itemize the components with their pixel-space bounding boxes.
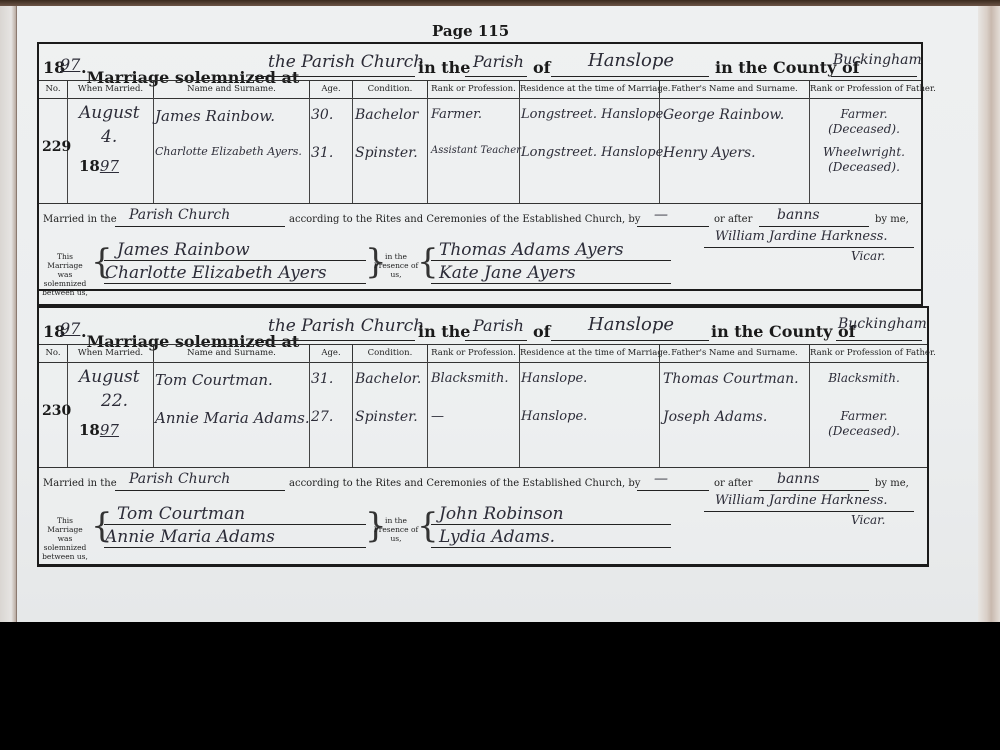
or-after-field: banns bbox=[777, 207, 820, 223]
married-in-field: Parish Church bbox=[129, 207, 230, 223]
signature-witness-1: John Robinson bbox=[439, 504, 564, 524]
married-in-field: Parish Church bbox=[129, 471, 230, 487]
column-header: Father's Name and Surname. bbox=[659, 345, 809, 362]
cell-name: James Rainbow. bbox=[155, 107, 275, 125]
entry-number: 230 bbox=[42, 403, 71, 419]
by-field: — bbox=[654, 207, 668, 223]
page-number: Page 115 bbox=[432, 22, 509, 40]
in-the-label: in the bbox=[418, 322, 470, 341]
cell-father-rank: Blacksmith. bbox=[819, 371, 909, 386]
cell-residence: Longstreet. Hanslope. bbox=[521, 145, 667, 160]
marriage-entry: 18 97 . Marriage solemnized at the Paris… bbox=[37, 306, 929, 567]
or-after-label: or after bbox=[714, 478, 752, 489]
column-header: Rank or Profession. bbox=[427, 345, 519, 362]
column-header: Condition. bbox=[352, 81, 427, 98]
presence-label: in the Presence of us, bbox=[373, 252, 419, 279]
place-field: the Parish Church bbox=[268, 52, 424, 72]
officiant-signature: William Jardine Harkness. bbox=[715, 493, 888, 508]
column-header: Condition. bbox=[352, 345, 427, 362]
officiant-title: Vicar. bbox=[851, 513, 885, 527]
by-me-label: by me, bbox=[875, 478, 909, 489]
place-field: the Parish Church bbox=[268, 316, 424, 336]
married-in-label: Married in the bbox=[43, 478, 117, 489]
parish-type-field: Parish bbox=[473, 316, 524, 335]
cell-age: 27. bbox=[311, 409, 333, 425]
entry-heading: 18 97 . Marriage solemnized at the Paris… bbox=[43, 312, 923, 346]
cell-age: 31. bbox=[311, 145, 333, 161]
of-label: of bbox=[533, 58, 551, 77]
column-header: Name and Surname. bbox=[153, 345, 309, 362]
or-after-field: banns bbox=[777, 471, 820, 487]
cell-father-name: George Rainbow. bbox=[663, 107, 784, 123]
married-in-label: Married in the bbox=[43, 214, 117, 225]
when-married-year: 97 bbox=[100, 421, 119, 439]
presence-label: in the Presence of us, bbox=[373, 516, 419, 543]
entry-number: 229 bbox=[42, 139, 71, 155]
column-header: No. bbox=[39, 345, 67, 362]
signature-bride: Annie Maria Adams bbox=[105, 527, 275, 547]
solemnized-at-label: . Marriage solemnized at bbox=[81, 58, 87, 77]
column-header: Age. bbox=[309, 81, 352, 98]
signature-groom: James Rainbow bbox=[117, 240, 250, 260]
cell-father-rank: Farmer. (Deceased). bbox=[819, 107, 909, 137]
rites-label: according to the Rites and Ceremonies of… bbox=[289, 478, 640, 489]
column-header: Residence at the time of Marriage. bbox=[519, 345, 659, 362]
entry-body: 230August22.1897Tom Courtman.31.Bachelor… bbox=[39, 361, 927, 468]
when-married-month: August bbox=[79, 367, 140, 387]
right-page-edge bbox=[978, 6, 1000, 622]
signature-witness-2: Lydia Adams. bbox=[439, 527, 555, 547]
column-header: Rank or Profession of Father. bbox=[809, 81, 917, 98]
county-field: Buckingham bbox=[833, 52, 922, 68]
cell-condition: Spinster. bbox=[355, 409, 418, 425]
cell-residence: Hanslope. bbox=[521, 409, 587, 424]
signature-groom: Tom Courtman bbox=[117, 504, 245, 524]
officiant-title: Vicar. bbox=[851, 249, 885, 263]
column-header: No. bbox=[39, 81, 67, 98]
year-suffix: 97 bbox=[60, 55, 80, 74]
column-header: Father's Name and Surname. bbox=[659, 81, 809, 98]
cell-residence: Longstreet. Hanslope. bbox=[521, 107, 667, 122]
column-header: Age. bbox=[309, 345, 352, 362]
signature-witness-2: Kate Jane Ayers bbox=[439, 263, 576, 283]
entry-heading: 18 97 . Marriage solemnized at the Paris… bbox=[43, 48, 917, 82]
marriage-entry: 18 97 . Marriage solemnized at the Paris… bbox=[37, 42, 923, 307]
cell-condition: Spinster. bbox=[355, 145, 418, 161]
cell-name: Tom Courtman. bbox=[155, 371, 273, 389]
cell-age: 30. bbox=[311, 107, 333, 123]
cell-father-rank: Farmer. (Deceased). bbox=[819, 409, 909, 439]
cell-condition: Bachelor. bbox=[355, 371, 421, 387]
column-header: When Married. bbox=[67, 345, 153, 362]
of-label: of bbox=[533, 322, 551, 341]
cell-rank: Blacksmith. bbox=[431, 371, 509, 386]
cell-rank: — bbox=[431, 409, 444, 424]
register-book: Page 115 18 97 . Marriage solemnized at … bbox=[0, 0, 1000, 622]
signature-witness-1: Thomas Adams Ayers bbox=[439, 240, 624, 260]
left-page-edge bbox=[0, 6, 17, 622]
when-married-month: August bbox=[79, 103, 140, 123]
when-married-day: 22. bbox=[101, 391, 128, 411]
cell-father-name: Henry Ayers. bbox=[663, 145, 756, 161]
column-header: When Married. bbox=[67, 81, 153, 98]
between-us-label: This Marriage was solemnized between us, bbox=[39, 516, 91, 561]
cell-father-name: Thomas Courtman. bbox=[663, 371, 799, 387]
parish-field: Hanslope bbox=[588, 314, 674, 335]
in-the-label: in the bbox=[418, 58, 470, 77]
by-field: — bbox=[654, 471, 668, 487]
column-header: Name and Surname. bbox=[153, 81, 309, 98]
when-married-year: 97 bbox=[100, 157, 119, 175]
parish-type-field: Parish bbox=[473, 52, 524, 71]
entry-body: 229August4.1897James Rainbow.30.Bachelor… bbox=[39, 97, 921, 204]
when-married-day: 4. bbox=[101, 127, 117, 147]
cell-rank: Farmer. bbox=[431, 107, 482, 122]
cell-name: Annie Maria Adams. bbox=[155, 409, 310, 427]
cell-father-rank: Wheelwright. (Deceased). bbox=[819, 145, 909, 175]
column-header: Rank or Profession of Father. bbox=[809, 345, 917, 362]
signature-bride: Charlotte Elizabeth Ayers bbox=[105, 263, 327, 283]
cell-residence: Hanslope. bbox=[521, 371, 587, 386]
county-label: in the County of bbox=[711, 322, 856, 341]
rites-label: according to the Rites and Ceremonies of… bbox=[289, 214, 640, 225]
column-header: Rank or Profession. bbox=[427, 81, 519, 98]
cell-name: Charlotte Elizabeth Ayers. bbox=[155, 145, 302, 158]
county-field: Buckingham bbox=[838, 316, 927, 332]
cell-condition: Bachelor bbox=[355, 107, 418, 123]
parish-field: Hanslope bbox=[588, 50, 674, 71]
by-me-label: by me, bbox=[875, 214, 909, 225]
solemnized-at-label: . Marriage solemnized at bbox=[81, 322, 87, 341]
cell-father-name: Joseph Adams. bbox=[663, 409, 767, 425]
cell-age: 31. bbox=[311, 371, 333, 387]
or-after-label: or after bbox=[714, 214, 752, 225]
year-suffix: 97 bbox=[60, 319, 80, 338]
column-header: Residence at the time of Marriage. bbox=[519, 81, 659, 98]
cell-rank: Assistant Teacher bbox=[431, 145, 521, 156]
officiant-signature: William Jardine Harkness. bbox=[715, 229, 888, 244]
